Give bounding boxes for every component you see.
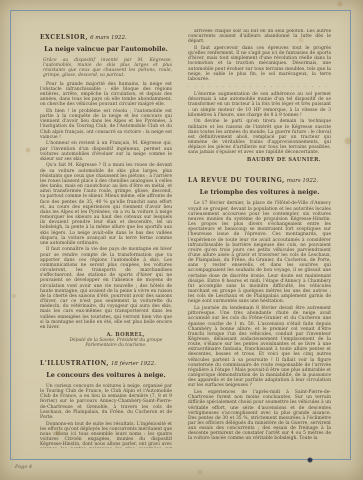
publication-date: mars 1922. [287, 178, 318, 184]
ellipsis-separator: . . . . . . . . . . . . . . . . . . . . … [188, 84, 331, 89]
article-source-header: LA REVUE DU TOURING, mars 1922. [188, 177, 331, 185]
article-title: Le triomphe des voitures à neige. [188, 189, 331, 196]
paragraph: Il faut connaître la vie des pays de mon… [40, 247, 172, 330]
right-column: arrivées chaque soir au but en un seul p… [188, 29, 331, 448]
signature-role: Parlementaire du tourisme. [60, 343, 172, 348]
paragraph: Un curieux concours de voitures à neige,… [40, 384, 172, 420]
article-lede: Grâce au dispositif inventé par M. Kégre… [40, 58, 172, 79]
article-title: Le concours des voitures à neige. [40, 372, 172, 379]
paragraph: Le 17 février dernier, la place de l'Hôt… [188, 201, 331, 304]
article-source-header: L'ILLUSTRATION, 18 février 1922. [40, 360, 172, 368]
article-source-header: EXCELSIOR, 6 mars 1922. [40, 34, 172, 42]
publication-date: 18 février 1922. [111, 361, 156, 367]
paragraph: Eh bien ! le problème est résolu ; l'aut… [40, 109, 172, 140]
paragraph: L'énorme augmentation de son adhérence a… [188, 92, 331, 118]
paragraph: Les expériences de l'après-midi à Saint-… [188, 390, 331, 442]
scanned-page: EXCELSIOR, 6 mars 1922. La neige vaincue… [0, 0, 363, 480]
signature-name: BAUDRY DE SAUNIER. [188, 157, 331, 163]
article-title: La neige vaincue par l'automobile. [40, 46, 172, 53]
publication-name: L'ILLUSTRATION, [40, 360, 109, 367]
page-footer: Page 4 [15, 464, 32, 470]
paragraph: L'honneur en revient à un Français, M. K… [40, 141, 172, 162]
paragraph: Donnons-en tout de suite les résultats. … [40, 422, 172, 448]
left-column: EXCELSIOR, 6 mars 1922. La neige vaincue… [40, 34, 172, 448]
signature-block: A. BORREL, Député de la Savoie, Présiden… [40, 332, 172, 348]
publication-date: 6 mars 1922. [90, 35, 127, 41]
publication-name: EXCELSIOR, [40, 34, 88, 41]
publication-name: LA REVUE DU TOURING, [188, 177, 285, 184]
paragraph: Il faut apercevoir dans ces épreuves tou… [188, 46, 331, 82]
paragraph: La journée du lendemain 8 février devait… [188, 306, 331, 389]
paragraph: Qu'a fait M. Kégresse ? Il a muni les ro… [40, 163, 172, 246]
paragraph: On devine le parti qu'en tirera demain l… [188, 119, 331, 155]
paragraph: Pour la grande majorité des humains, la … [40, 82, 172, 108]
paragraph: arrivées chaque soir au but en un seul p… [188, 29, 331, 44]
